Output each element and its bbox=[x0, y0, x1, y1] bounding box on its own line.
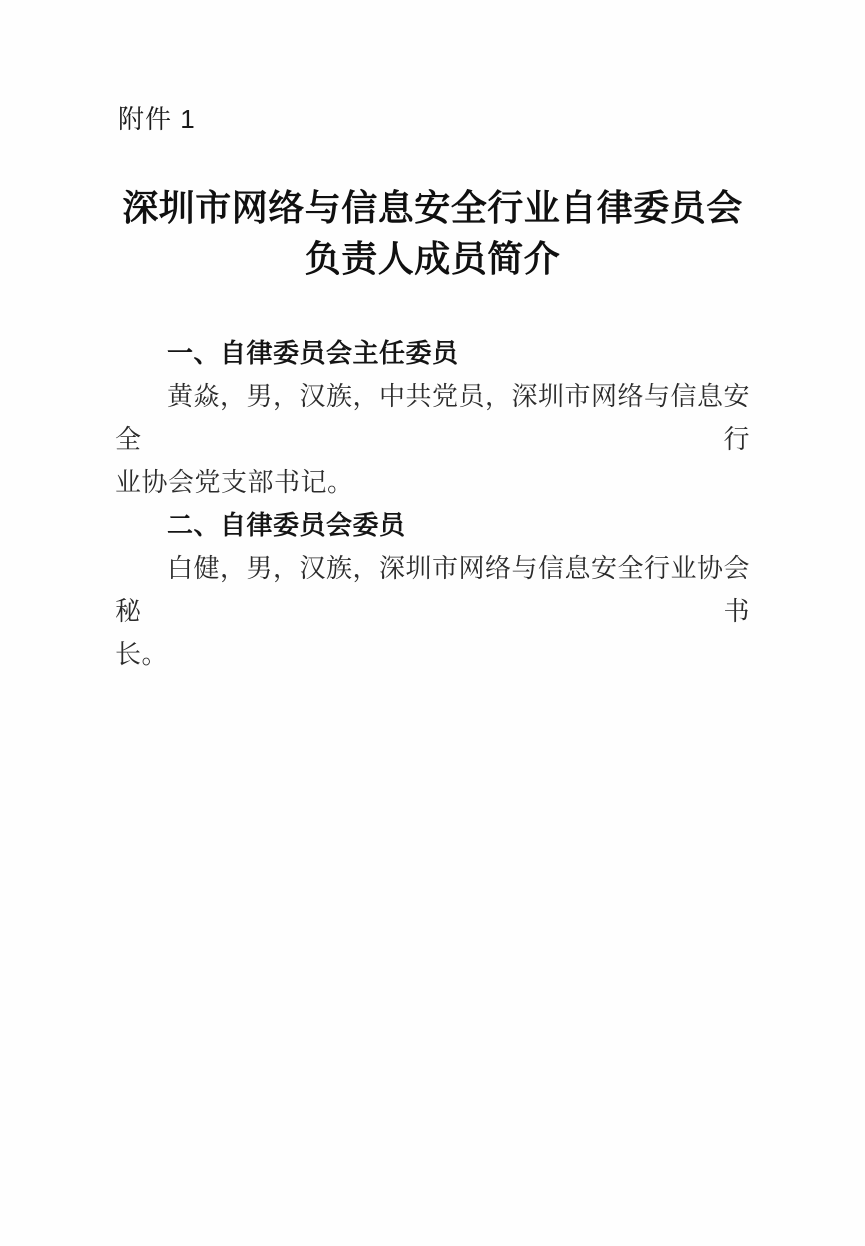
document-body: 一、自律委员会主任委员 黄焱，男，汉族，中共党员，深圳市网络与信息安全行 业协会… bbox=[115, 332, 750, 676]
section-1-heading: 一、自律委员会主任委员 bbox=[115, 332, 750, 375]
section-2-body-line-1: 白健，男，汉族，深圳市网络与信息安全行业协会秘书 bbox=[115, 547, 750, 633]
title-line-2: 负责人成员简介 bbox=[0, 234, 865, 285]
document-title: 深圳市网络与信息安全行业自律委员会 负责人成员简介 bbox=[0, 183, 865, 285]
section-2-body-line-2: 长。 bbox=[115, 633, 750, 676]
section-1-body-line-2: 业协会党支部书记。 bbox=[115, 461, 750, 504]
attachment-label: 附件 1 bbox=[118, 102, 196, 136]
section-2-heading: 二、自律委员会委员 bbox=[115, 504, 750, 547]
document-page: 附件 1 深圳市网络与信息安全行业自律委员会 负责人成员简介 一、自律委员会主任… bbox=[0, 0, 865, 1246]
title-line-1: 深圳市网络与信息安全行业自律委员会 bbox=[0, 183, 865, 234]
section-1-body-line-1: 黄焱，男，汉族，中共党员，深圳市网络与信息安全行 bbox=[115, 375, 750, 461]
